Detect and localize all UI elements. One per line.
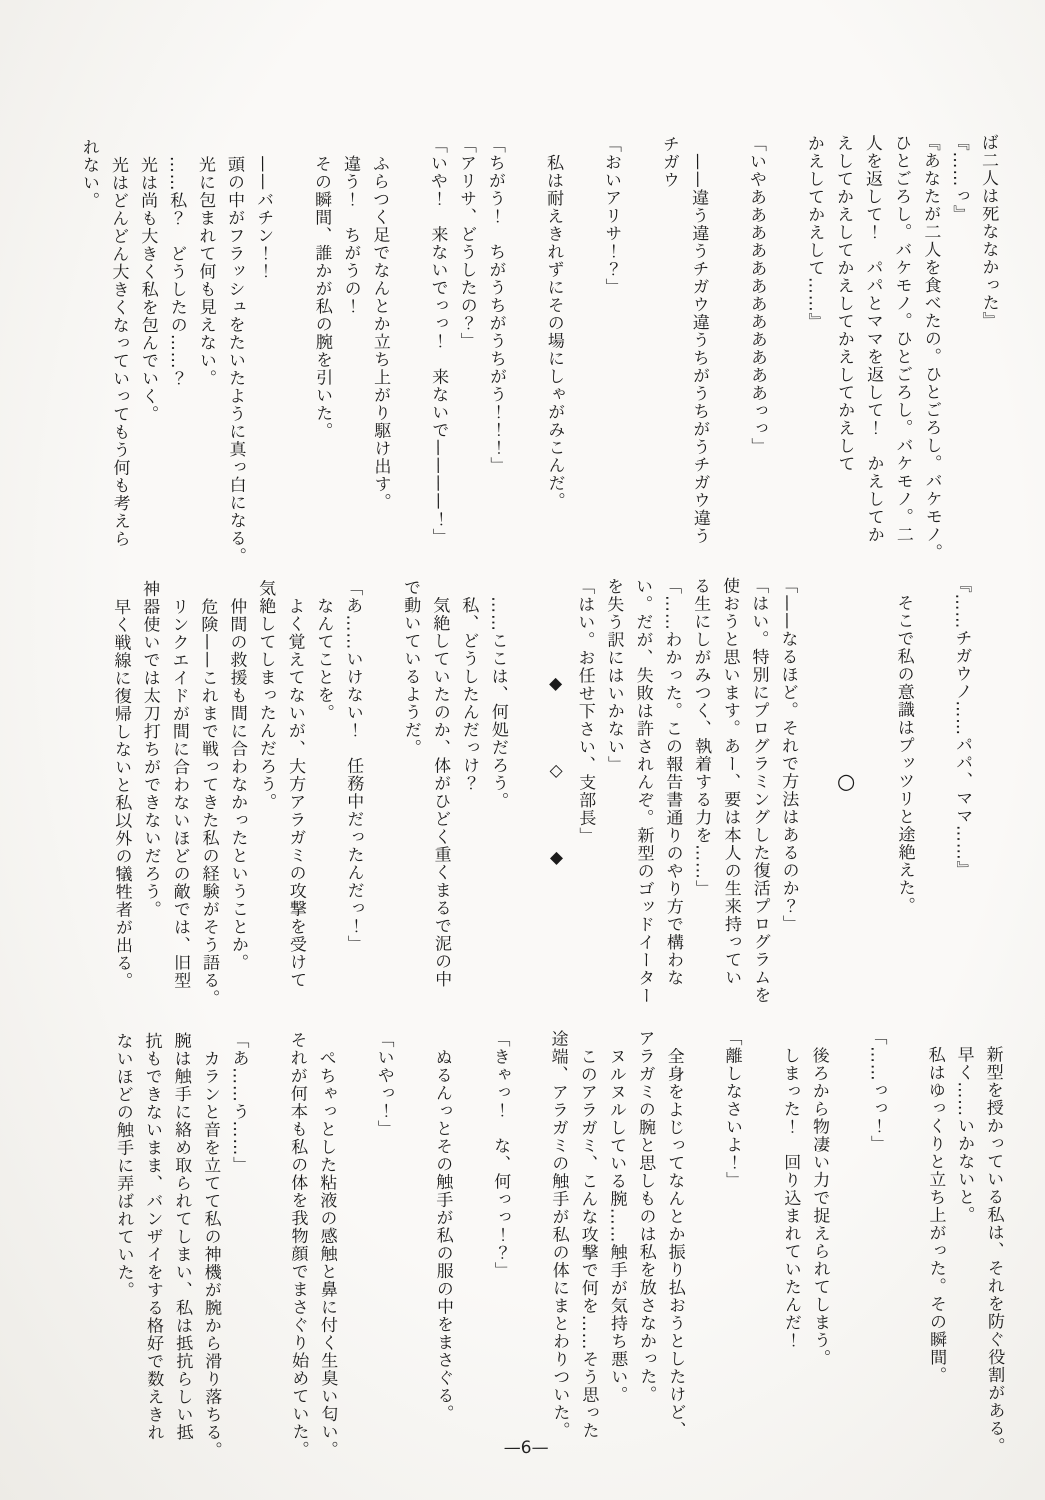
blank-line (455, 1030, 486, 1482)
blank-line (339, 1031, 370, 1483)
blank-line (859, 576, 890, 1024)
text-line: 使おうと思います。あー、要は本人の生来持ってい (714, 577, 745, 1025)
text-line: 『……っ』 (944, 134, 975, 584)
text-line: えしてかえしてかえしてかえしてかえして (828, 134, 859, 584)
text-line: 光に包まれて何も見えない。 (190, 138, 221, 588)
text-line: ないほどの触手に弄ばれていた。 (107, 1032, 138, 1484)
blank-line (712, 135, 743, 585)
text-line: 「きゃっ！ な、何っっ！？」 (484, 1030, 515, 1482)
text-line: カランと音を立てて私の神機が腕から滑り落ちる。 (194, 1032, 225, 1484)
text-line: 危険——これまで戦ってきた私の経験がそう語る。 (192, 580, 223, 1028)
blank-line (801, 576, 832, 1024)
blank-line (513, 1030, 544, 1482)
blank-line (366, 579, 397, 1027)
text-line: しまった！ 回り込まれていたんだ！ (774, 1029, 805, 1481)
text-line: ——バチン！！ (248, 137, 279, 587)
text-line: 私、どうしたんだっけ？ (453, 578, 484, 1026)
text-line: 「——なるほど。それで方法はあるのか？」 (772, 577, 803, 1025)
text-line: 光は尚も大きく私を包んでいく。 (132, 138, 163, 588)
text-line: 途端、アラガミの触手が私の体にまとわりついた。 (542, 1030, 573, 1482)
text-line: ば二人は死ななかった』 (973, 133, 1004, 583)
text-line: アラガミの腕と思しものは私を放さなかった。 (629, 1029, 660, 1481)
text-line: よく覚えてないが、大方アラガミの攻撃を受けて (279, 579, 310, 1027)
blank-line (397, 1031, 428, 1483)
text-line: 「はい。お任せ下さい、支部長」 (569, 578, 600, 1026)
text-line: 人を返して！ パパとママを返して！ かえしてか (857, 134, 888, 584)
text-band-bottom: 新型を授かっている私は、それを防ぐ役割がある。早く……いかないと。私はゆっくりと… (107, 1027, 1008, 1484)
text-line: 早く……いかないと。 (948, 1028, 979, 1480)
blank-line (770, 135, 801, 585)
blank-line (687, 1029, 718, 1481)
blank-line (832, 1028, 863, 1480)
text-line: その瞬間、誰かが私の腕を引いた。 (306, 137, 337, 587)
text-line: で動いているようだ。 (395, 579, 426, 1027)
text-line: 神器使いでは太刀打ちができないだろう。 (134, 580, 165, 1028)
text-line: を失う訳にはいかない」 (598, 577, 629, 1025)
blank-line (509, 136, 540, 586)
text-band-top: ば二人は死ななかった』『……っ』『あなたが二人を食べたの。ひとごろし。バケモノ。… (74, 133, 1004, 588)
text-line: 光はどんどん大きくなっていってもう何も考えら (103, 138, 134, 588)
text-line: そこで私の意識はプッツリと途絶えた。 (888, 576, 919, 1024)
blank-line (890, 1028, 921, 1480)
blank-line (511, 578, 542, 1026)
blank-line (252, 1031, 283, 1483)
text-line: 腕は触手に絡め取られてしまい、私は抵抗らしい抵 (165, 1032, 196, 1484)
text-line: ぬるんっとその触手が私の服の中をまさぐる。 (426, 1030, 457, 1482)
blank-line (917, 576, 948, 1024)
text-band-middle: 『……チガウノ……パパ、ママ……』 そこで私の意識はプッツリと途絶えた。 ○ 「… (105, 575, 1006, 1028)
scanned-text-area: ば二人は死ななかった』『……っ』『あなたが二人を食べたの。ひとごろし。バケモノ。… (0, 0, 1045, 1500)
text-line: 「はい。特別にプログラミングした復活プログラムを (743, 577, 774, 1025)
blank-line (277, 137, 308, 587)
text-line: 仲間の救援も間に合わなかったということか。 (221, 579, 252, 1027)
scene-break-diamonds: ◆ ◇ ◆ (540, 578, 571, 1026)
text-line: このアラガミ、こんな攻撃で何を……そう思った (571, 1030, 602, 1482)
text-line: 「ちがう！ ちがうちがうちがう！！！」 (480, 136, 511, 586)
text-line: 「おいアリサ！？」 (596, 135, 627, 585)
text-line: ヌルヌルしている腕……触手が気持ち悪い。 (600, 1029, 631, 1481)
text-line: 全身をよじってなんとか振り払おうとしたけど、 (658, 1029, 689, 1481)
text-line: ひとごろし。バケモノ。ひとごろし。バケモノ。二 (886, 134, 917, 584)
text-line: 『あなたが二人を食べたの。ひとごろし。バケモノ。 (915, 134, 946, 584)
text-line: れない。 (74, 138, 105, 588)
text-line: 「あ……う……」 (223, 1031, 254, 1483)
text-line: なんてことを。 (308, 579, 339, 1027)
doujin-novel-page: ば二人は死ななかった』『……っ』『あなたが二人を食べたの。ひとごろし。バケモノ。… (0, 0, 1045, 1500)
text-line: い。だが、失敗は許されんぞ。新型のゴッドイーター (627, 577, 658, 1025)
text-line: る生にしがみつく、執着する力を……」 (685, 577, 716, 1025)
blank-line (567, 136, 598, 586)
text-line: ぺちゃっとした粘液の感触と鼻に付く生臭い匂い。 (310, 1031, 341, 1483)
text-line: 私はゆっくりと立ち上がった。その瞬間。 (919, 1028, 950, 1480)
text-line: ふらつく足でなんとか立ち上がり駆け出す。 (364, 137, 395, 587)
text-line: 抗もできないまま、バンザイをする格好で数えきれ (136, 1032, 167, 1484)
text-line: ……私？ どうしたの……？ (161, 138, 192, 588)
blank-line (975, 575, 1006, 1023)
text-line: 「いやああああああああああああっっ」 (741, 135, 772, 585)
blank-line (745, 1029, 776, 1481)
text-line: かえしてかえして……』 (799, 134, 830, 584)
text-line: 頭の中がフラッシュをたいたように真っ白になる。 (219, 137, 250, 587)
blank-line (393, 137, 424, 587)
text-line: 気絶してしまったんだろう。 (250, 579, 281, 1027)
text-line: 後ろから物凄い力で捉えられてしまう。 (803, 1028, 834, 1480)
text-line: チガウ (654, 135, 685, 585)
text-line: 「あ……いけない！ 任務中だったんだっ！」 (337, 579, 368, 1027)
text-line: 早く戦線に復帰しないと私以外の犠牲者が出る。 (105, 580, 136, 1028)
blank-line (625, 135, 656, 585)
text-line: 「いや！ 来ないでっっ！ 来ないで————！」 (422, 136, 453, 586)
text-line: 新型を授かっている私は、それを防ぐ役割がある。 (977, 1027, 1008, 1479)
text-line: それが何本も私の体を我物顔でまさぐり始めていた。 (281, 1031, 312, 1483)
text-line: 私は耐えきれずにその場にしゃがみこんだ。 (538, 136, 569, 586)
text-line: ……ここは、何処だろう。 (482, 578, 513, 1026)
text-line: 『……チガウノ……パパ、ママ……』 (946, 576, 977, 1024)
text-line: 気絶していたのか、体がひどく重くまるで泥の中 (424, 578, 455, 1026)
text-line: 「いやっ！」 (368, 1031, 399, 1483)
text-line: 違う！ ちがうの！ (335, 137, 366, 587)
text-line: 「アリサ、どうしたの？」 (451, 136, 482, 586)
text-line: リンクエイドが間に合わないほどの敵では、旧型 (163, 580, 194, 1028)
text-line: 「離しなさいよ！」 (716, 1029, 747, 1481)
scene-break-circle: ○ (830, 576, 861, 1024)
text-line: 「……わかった。この報告書通りのやり方で構わな (656, 577, 687, 1025)
text-line: 「……っっ！」 (861, 1028, 892, 1480)
text-line: ——違う違うチガウ違うちがうちがうチガウ違う (683, 135, 714, 585)
